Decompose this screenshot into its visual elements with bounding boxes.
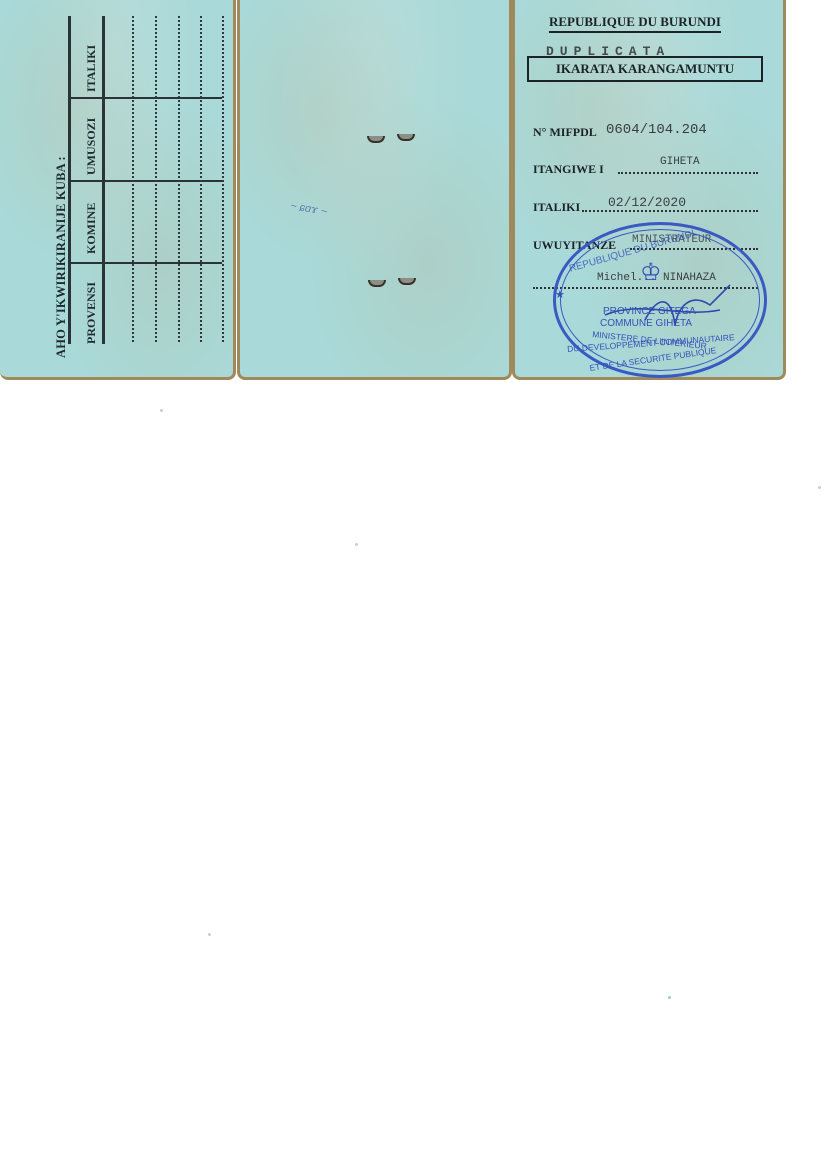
column-header-umusozi: UMUSOZI (84, 118, 99, 175)
left-panel-residence-table: AHO Y'IKWIRIKIRANIJE KUBA : PROVENSI KOM… (0, 0, 236, 380)
middle-panel-blank (237, 0, 512, 380)
star-icon: ★ (555, 288, 565, 301)
scan-speck (208, 933, 211, 936)
card-title-box: IKARATA KARANGAMUNTU (527, 56, 763, 82)
scan-speck (160, 409, 163, 412)
field-value-number: 0604/104.204 (606, 122, 707, 138)
dotted-line (618, 172, 758, 174)
column-header-italiki: ITALIKI (84, 45, 99, 92)
column-header-komine: KOMINE (84, 203, 99, 254)
field-value-issued-at: GIHETA (660, 156, 700, 168)
dotted-line (582, 210, 758, 212)
field-label-issued-at: ITANGIWE I (533, 162, 604, 177)
field-label-number: N° MIFPDL (533, 125, 597, 140)
entry-line (132, 16, 134, 342)
signature-icon (600, 280, 740, 340)
scan-speck (668, 996, 671, 999)
scan-speck (818, 486, 821, 489)
entry-line (155, 16, 157, 342)
residence-table-title: AHO Y'IKWIRIKIRANIJE KUBA : (54, 156, 69, 358)
field-value-date: 02/12/2020 (608, 195, 686, 210)
field-label-date: ITALIKI (533, 200, 580, 215)
column-header-provensi: PROVENSI (84, 282, 99, 344)
scan-speck (355, 543, 358, 546)
country-header: REPUBLIQUE DU BURUNDI (549, 14, 721, 33)
entry-line (222, 16, 224, 342)
entry-line (200, 16, 202, 342)
entry-line (178, 16, 180, 342)
